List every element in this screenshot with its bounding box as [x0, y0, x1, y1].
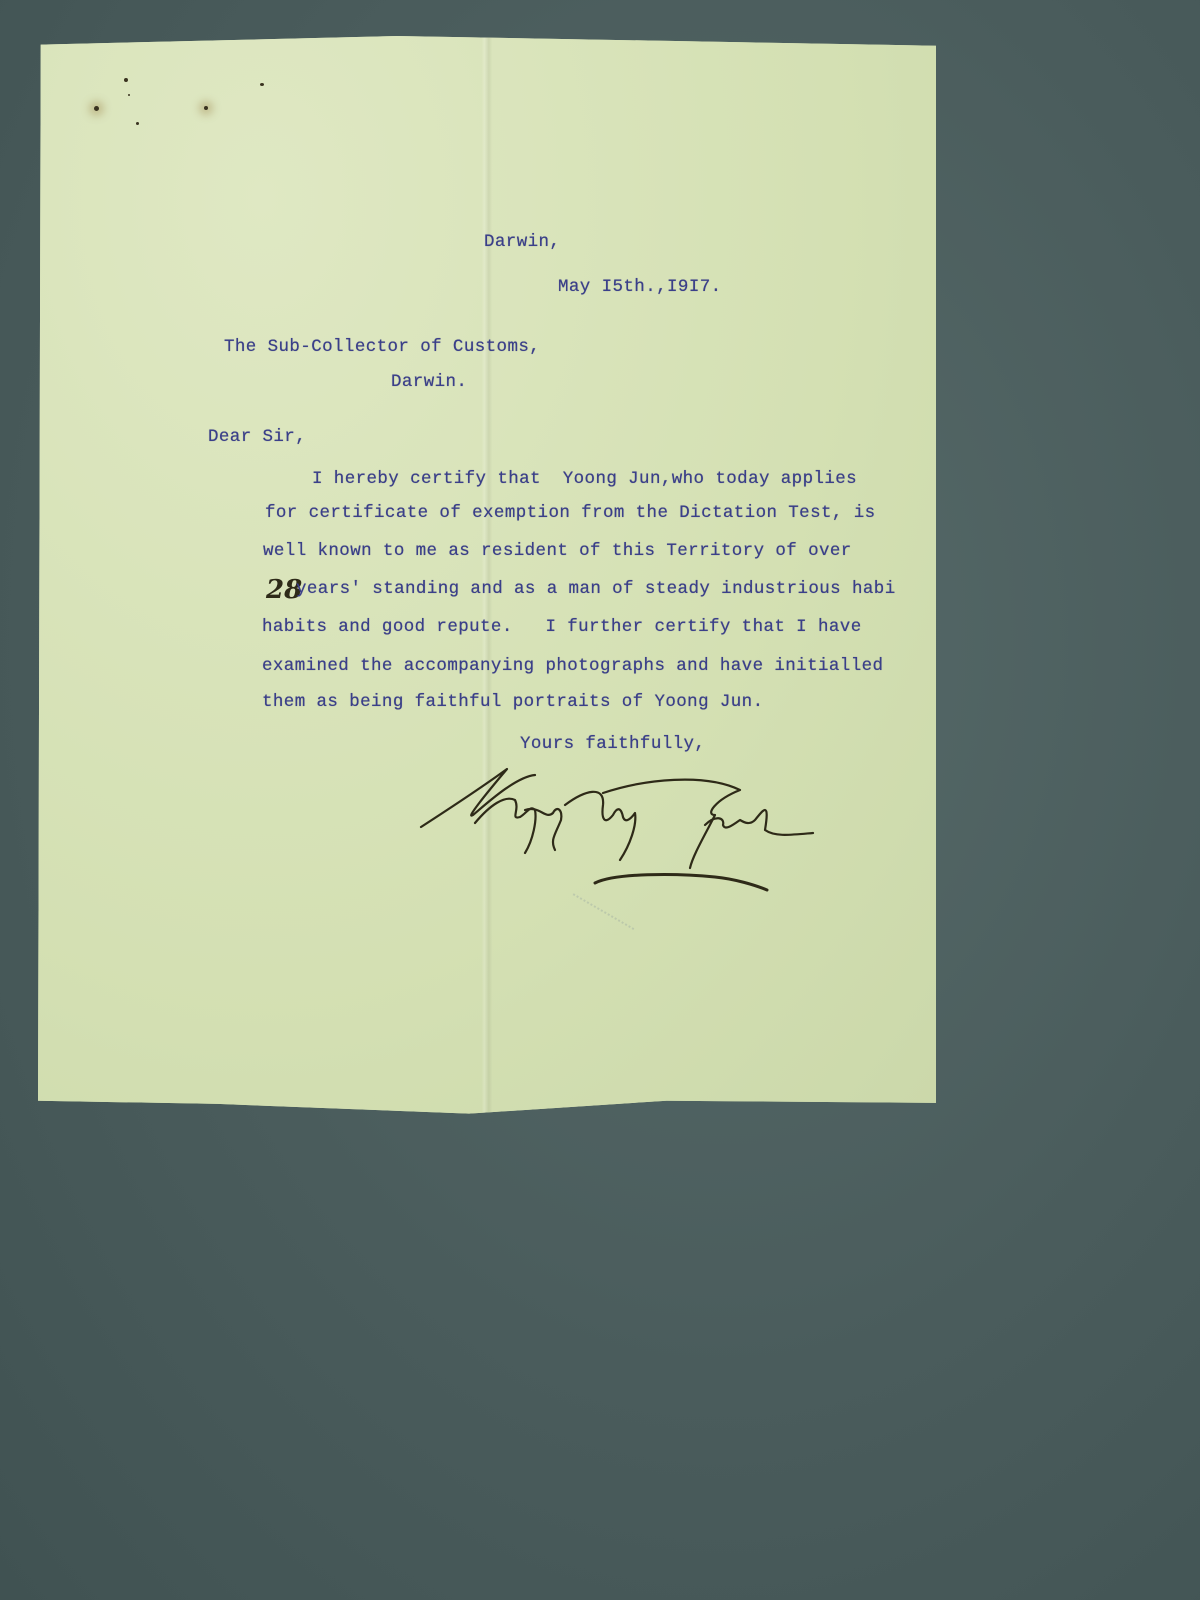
date-line: May I5th.,I9I7.	[558, 277, 722, 297]
pin-hole	[260, 83, 264, 86]
body-line-5: habits and good repute. I further certif…	[262, 617, 862, 637]
pin-hole	[124, 78, 128, 82]
body-line-6: examined the accompanying photographs an…	[262, 656, 883, 676]
recipient-line-1: The Sub-Collector of Customs,	[224, 337, 540, 357]
body-line-3: well known to me as resident of this Ter…	[263, 541, 852, 561]
body-line-1: I hereby certify that Yoong Jun,who toda…	[312, 469, 857, 489]
signature	[415, 765, 815, 895]
pin-hole	[136, 122, 139, 125]
paper-stain	[204, 106, 208, 110]
salutation: Dear Sir,	[208, 427, 306, 447]
body-line-7: them as being faithful portraits of Yoon…	[262, 692, 763, 712]
body-line-2: for certificate of exemption from the Di…	[265, 503, 876, 523]
place-line: Darwin,	[484, 232, 560, 252]
pin-hole	[128, 94, 130, 96]
body-line-4: years' standing and as a man of steady i…	[296, 579, 896, 599]
letter-paper	[38, 36, 936, 1118]
paper-stain	[94, 106, 99, 111]
closing: Yours faithfully,	[520, 734, 705, 754]
recipient-line-2: Darwin.	[391, 372, 467, 392]
